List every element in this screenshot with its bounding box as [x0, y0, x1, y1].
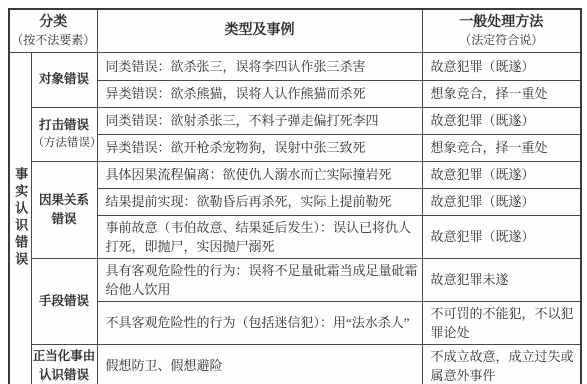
example-cell: 不具客观危险性的行为（包括迷信犯）：用“法水杀人” — [97, 301, 422, 344]
result-cell: 故意犯罪（既遂） — [422, 188, 581, 215]
example-cell: 异类错误：欲杀熊猫，误将人认作熊猫而杀死 — [97, 80, 422, 107]
example-cell: 结果提前实现：欲勒昏后再杀死，实际上提前勒死 — [97, 188, 422, 215]
example-cell: 假想防卫、假想避险 — [97, 344, 422, 384]
header-classification: 分类 （按不法要素） — [9, 9, 97, 52]
side-group-label: 事实认识错误 — [10, 167, 30, 269]
example-cell: 具体因果流程偏离：欲使仇人溺水而亡实际撞岩死 — [97, 161, 422, 188]
category-justification-error: 正当化事由 认识错误 — [31, 344, 97, 384]
category-object-error: 对象错误 — [31, 52, 97, 107]
result-cell: 故意犯罪（既遂） — [422, 52, 581, 80]
result-cell: 不可罚的不能犯，不以犯罪论处 — [422, 301, 581, 344]
header-type-examples-title: 类型及事例 — [98, 21, 422, 40]
example-cell: 事前故意（韦伯故意、结果延后发生）：误认已将仇人打死，即抛尸，实因抛尸溺死 — [97, 215, 422, 258]
example-cell: 同类错误：欲射杀张三，不料子弹走偏打死李四 — [97, 107, 422, 134]
table-row: 正当化事由 认识错误 假想防卫、假想避险 不成立故意，成立过失或属意外事件 — [9, 344, 581, 384]
header-row: 分类 （按不法要素） 类型及事例 一般处理方法 （法定符合说） — [9, 9, 581, 52]
table-row: 手段错误 具有客观危险性的行为：误将不足量砒霜当成足量砒霜给他人饮用 故意犯罪未… — [9, 258, 581, 301]
result-cell: 想象竞合，择一重处 — [422, 134, 581, 161]
result-cell: 故意犯罪（既遂） — [422, 107, 581, 134]
example-cell: 同类错误：欲杀张三，误将李四认作张三杀害 — [97, 52, 422, 80]
result-cell: 想象竞合，择一重处 — [422, 80, 581, 107]
category-means-error: 手段错误 — [31, 258, 97, 344]
table-row: 因果关系 错误 具体因果流程偏离：欲使仇人溺水而亡实际撞岩死 故意犯罪（既遂） — [9, 161, 581, 188]
side-group-label-cell: 事实认识错误 — [9, 52, 31, 384]
header-classification-sub: （按不法要素） — [10, 32, 97, 49]
header-classification-title: 分类 — [10, 13, 97, 32]
header-type-examples: 类型及事例 — [97, 9, 422, 52]
header-handling: 一般处理方法 （法定符合说） — [422, 9, 581, 52]
table-row: 事实认识错误 对象错误 同类错误：欲杀张三，误将李四认作张三杀害 故意犯罪（既遂… — [9, 52, 581, 80]
page: 分类 （按不法要素） 类型及事例 一般处理方法 （法定符合说） 事实认识错误 对… — [0, 0, 587, 384]
table-row: 打击错误 （方法错误） 同类错误：欲射杀张三，不料子弹走偏打死李四 故意犯罪（既… — [9, 107, 581, 134]
example-cell: 具有客观危险性的行为：误将不足量砒霜当成足量砒霜给他人饮用 — [97, 258, 422, 301]
mistake-of-fact-table: 分类 （按不法要素） 类型及事例 一般处理方法 （法定符合说） 事实认识错误 对… — [8, 8, 582, 384]
result-cell: 故意犯罪（既遂） — [422, 215, 581, 258]
header-handling-title: 一般处理方法 — [423, 13, 581, 32]
result-cell: 不成立故意，成立过失或属意外事件 — [422, 344, 581, 384]
result-cell: 故意犯罪未遂 — [422, 258, 581, 301]
category-strike-error: 打击错误 （方法错误） — [31, 107, 97, 161]
example-cell: 异类错误：欲开枪杀宠物狗，误射中张三致死 — [97, 134, 422, 161]
result-cell: 故意犯罪（既遂） — [422, 161, 581, 188]
category-causation-error: 因果关系 错误 — [31, 161, 97, 258]
header-handling-sub: （法定符合说） — [423, 32, 581, 49]
